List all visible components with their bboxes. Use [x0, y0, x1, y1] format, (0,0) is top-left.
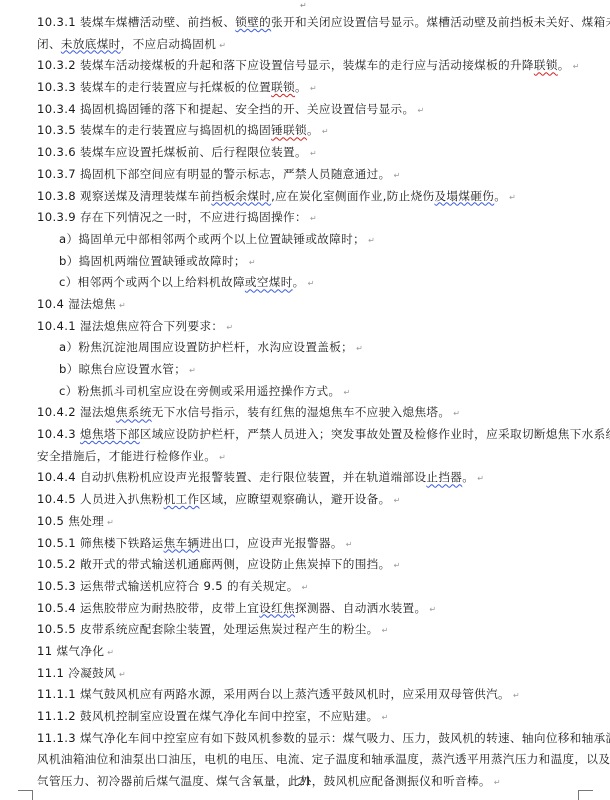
text-line: 10.5 焦处理↵ [37, 511, 582, 533]
text-segment: 10.4.4 自动扒焦粉机应设声光报警装置、走行限位装置，并在轨道端部设 [37, 470, 426, 484]
text-line: 11 煤气净化↵ [37, 641, 582, 663]
paragraph-mark: ↵ [453, 409, 460, 418]
text-segment: ,应在炭化室侧面作业,防止烧伤 [271, 189, 434, 203]
text-line: 11.1.2 鼓风机控制室应设置在煤气净化车间中控室，不应贴建。↵ [37, 706, 582, 728]
paragraph-mark: ↵ [119, 670, 126, 679]
text-line: 10.3.3 装煤车的走行装置应与托煤板的位置联锁。↵ [37, 77, 582, 99]
text-segment: 。 [558, 58, 570, 72]
text-segment: 进出口，应设声光报警器。 [199, 536, 342, 550]
paragraph-mark: ↵ [382, 626, 389, 635]
text-segment: 10.3.5 装煤车的走行装置应与捣固机的捣固 [37, 123, 271, 137]
text-segment: 。 [307, 123, 319, 137]
paragraph-mark: ↵ [382, 713, 389, 722]
text-segment: 10.4 湿法熄焦 [37, 297, 116, 311]
paragraph-mark: ↵ [308, 279, 315, 288]
paragraph-mark: ↵ [226, 323, 233, 332]
text-segment: 10.3.9 存在下列情况之一时，不应进行捣固操作： [37, 210, 307, 224]
paragraph-mark: ↵ [513, 691, 520, 700]
text-segment: 10.5.2 敞开式的带式输送机通廊两侧，应设防止焦炭掉下的围挡。 [37, 557, 391, 571]
paragraph-mark: ↵ [477, 474, 484, 483]
text-segment: 10.3.6 装煤车应设置托煤板前、后行程限位装置。 [37, 145, 307, 159]
text-segment: 11.1 冷凝鼓风 [37, 666, 116, 680]
paragraph-mark: ↵ [219, 41, 226, 50]
paragraph-mark: ↵ [189, 366, 196, 375]
text-line: c）粉焦抓斗司机室应设在旁侧或采用遥控操作方式。↵ [37, 381, 582, 403]
page-corner-mark-left [18, 790, 33, 800]
text-segment: c）粉焦抓斗司机室应设在旁侧或采用遥控操作方式。 [59, 384, 340, 398]
text-line: 闭、未放底煤时，不应启动捣固机↵ [37, 34, 582, 56]
text-line: 10.3.2 装煤车活动接煤板的升起和落下应设置信号显示，装煤车的走行应与活动接… [37, 55, 582, 77]
text-line: 风机油箱油位和油泵出口油压，电机的电压、电流、定子温度和轴承温度，蒸汽透平用蒸汽… [37, 749, 582, 771]
text-segment: 。 [462, 470, 474, 484]
text-segment: c）相邻两个或两个以上给料机故障 [59, 275, 245, 289]
text-line: 10.5.1 筛焦楼下铁路运焦车辆进出口，应设声光报警器。↵ [37, 533, 582, 555]
text-segment: 10.5.1 筛焦楼下铁路运 [37, 536, 164, 550]
text-segment: 安全措施后，才能进行检修作业。 [37, 449, 216, 463]
grammar-flagged-text: 止挡器 [426, 470, 462, 484]
text-segment: 10.4.3 [37, 427, 80, 441]
text-line: 10.3.7 捣固机下部空间应有明显的警示标志，严禁人员随意通过。↵ [37, 164, 582, 186]
paragraph-mark: ↵ [509, 193, 516, 202]
paragraph-mark: ↵ [356, 344, 363, 353]
grammar-flagged-text: 焦系统 [116, 405, 152, 419]
grammar-flagged-text: 及塌煤砸伤 [434, 189, 494, 203]
text-segment: 10.5 焦处理 [37, 514, 104, 528]
document-body: 10.3.1 装煤车煤槽活动壁、前挡板、锁壁的张开和关闭应设置信号显示。煤槽活动… [37, 12, 582, 793]
text-line: 10.4.1 湿法熄焦应符合下列要求：↵ [37, 316, 582, 338]
text-segment: 11.1.1 煤气鼓风机应有两路水源，采用两台以上蒸汽透平鼓风机时，应采用双母管… [37, 687, 510, 701]
paragraph-mark: ↵ [417, 106, 424, 115]
paragraph-mark: ↵ [322, 127, 329, 136]
document-page: ↵ 10.3.1 装煤车煤槽活动壁、前挡板、锁壁的张开和关闭应设置信号显示。煤槽… [0, 0, 610, 800]
text-segment: 闭、 [37, 37, 61, 51]
text-line: 11.1.1 煤气鼓风机应有两路水源，采用两台以上蒸汽透平鼓风机时，应采用双母管… [37, 684, 582, 706]
paragraph-mark: ↵ [119, 301, 126, 310]
text-line: 10.5.4 运焦胶带应为耐热胶带，皮带上宜设红焦探测器、自动洒水装置。↵ [37, 598, 582, 620]
text-segment: 10.5.5 皮带系统应配套除尘装置，处理运焦炭过程产生的粉尘。 [37, 622, 379, 636]
text-line: 10.3.6 装煤车应设置托煤板前、后行程限位装置。↵ [37, 142, 582, 164]
text-segment: 11.1.3 煤气净化车间中控室应有如下鼓风机参数的显示：煤气吸力、压力，鼓风机… [37, 731, 610, 745]
paragraph-mark: ↵ [368, 236, 375, 245]
text-segment: 11 煤气净化 [37, 644, 104, 658]
text-line: a）粉焦沉淀池周围应设置防护栏杆，水沟应设置盖板；↵ [37, 337, 582, 359]
paragraph-mark: ↵ [219, 453, 226, 462]
grammar-flagged-text: 机工作 [164, 492, 200, 506]
paragraph-mark: ↵ [107, 518, 114, 527]
text-segment: 10.3.7 捣固机下部空间应有明显的警示标志，严禁人员随意通过。 [37, 167, 391, 181]
text-segment: b）捣固机两端位置缺锤或故障时； [59, 254, 246, 268]
page-number: 21 [0, 775, 610, 788]
spelling-flagged-text: 联锁 [534, 58, 558, 72]
text-segment: 10.3.4 捣固机捣固锤的落下和提起、安全挡的开、关应设置信号显示。 [37, 102, 414, 116]
text-line: 10.3.5 装煤车的走行装置应与捣固机的捣固锤联锁。↵ [37, 120, 582, 142]
text-segment: 10.3.2 装煤车活动接煤板的升起和落下应设置信号显示，装煤车的走行应与活动接… [37, 58, 534, 72]
text-line: 10.4.4 自动扒焦粉机应设声光报警装置、走行限位装置，并在轨道端部设止挡器。… [37, 467, 582, 489]
text-line: 11.1.3 煤气净化车间中控室应有如下鼓风机参数的显示：煤气吸力、压力，鼓风机… [37, 728, 582, 750]
text-segment: 探测器、自动洒水装置。 [295, 601, 426, 615]
grammar-flagged-text: 锁壁的 [235, 15, 271, 29]
text-segment: 10.3.1 装煤车煤槽活动壁、前挡板、 [37, 15, 235, 29]
text-segment: 10.3.8 观察送煤及清理装煤车前 [37, 189, 211, 203]
paragraph-mark: ↵ [343, 388, 350, 397]
paragraph-mark: ↵ [107, 648, 114, 657]
paragraph-mark: ↵ [249, 258, 256, 267]
text-line: 10.3.8 观察送煤及清理装煤车前挡板余煤时,应在炭化室侧面作业,防止烧伤及塌… [37, 186, 582, 208]
paragraph-mark: ↵ [302, 583, 309, 592]
text-line: 10.3.9 存在下列情况之一时，不应进行捣固操作：↵ [37, 207, 582, 229]
text-line: 10.4.2 湿法熄焦系统无下水信号指示，装有红焦的湿熄焦车不应驶入熄焦塔。↵ [37, 402, 582, 424]
grammar-flagged-text: 或空煤时 [245, 275, 293, 289]
text-line: b）捣固机两端位置缺锤或故障时；↵ [37, 251, 582, 273]
text-line: b）晾焦台应设置水管；↵ [37, 359, 582, 381]
text-line: 安全措施后，才能进行检修作业。↵ [37, 446, 582, 468]
text-segment: 区域应设防护栏杆，严禁人员进入；突发事故处置及检修作业时，应采取切断熄焦下水系统… [140, 427, 610, 441]
grammar-flagged-text: 设红焦 [259, 601, 295, 615]
text-segment: 10.4.2 湿法熄 [37, 405, 116, 419]
paragraph-mark: ↵ [346, 540, 353, 549]
grammar-flagged-text: 焦车辆 [164, 536, 200, 550]
text-segment: 无下水信号指示，装有红焦的湿熄焦车不应驶入熄焦塔。 [152, 405, 451, 419]
spelling-flagged-text: 联锁 [271, 80, 295, 94]
text-segment: 。 [494, 189, 506, 203]
spelling-flagged-text: 锤联锁 [271, 123, 307, 137]
text-segment: 区域，应瞭望观察确认，避开设备。 [199, 492, 390, 506]
paragraph-mark: ↵ [394, 561, 401, 570]
text-segment: 10.4.5 人员进入扒焦粉 [37, 492, 164, 506]
paragraph-mark: ↵ [310, 149, 317, 158]
text-segment: b）晾焦台应设置水管； [59, 362, 186, 376]
grammar-flagged-text: 熄焦塔下部 [80, 427, 140, 441]
text-line: 10.4.3 熄焦塔下部区域应设防护栏杆，严禁人员进入；突发事故处置及检修作业时… [37, 424, 582, 446]
paragraph-mark: ↵ [310, 84, 317, 93]
header-paragraph-mark: ↵ [300, 1, 307, 10]
text-segment: a）粉焦沉淀池周围应设置防护栏杆，水沟应设置盖板； [59, 340, 353, 354]
paragraph-mark: ↵ [573, 62, 580, 71]
text-segment: ，不应启动捣固机 [121, 37, 217, 51]
text-segment: 10.4.1 湿法熄焦应符合下列要求： [37, 319, 223, 333]
text-line: 10.3.1 装煤车煤槽活动壁、前挡板、锁壁的张开和关闭应设置信号显示。煤槽活动… [37, 12, 582, 34]
paragraph-mark: ↵ [310, 214, 317, 223]
text-segment: 。 [295, 80, 307, 94]
text-line: c）相邻两个或两个以上给料机故障或空煤时。↵ [37, 272, 582, 294]
text-segment: 10.3.3 装煤车的走行装置应与托煤板的位置 [37, 80, 271, 94]
text-line: 10.5.3 运焦带式输送机应符合 9.5 的有关规定。↵ [37, 576, 582, 598]
text-segment: 11.1.2 鼓风机控制室应设置在煤气净化车间中控室，不应贴建。 [37, 709, 379, 723]
text-line: 10.5.5 皮带系统应配套除尘装置，处理运焦炭过程产生的粉尘。↵ [37, 619, 582, 641]
paragraph-mark: ↵ [429, 605, 436, 614]
text-line: 10.4.5 人员进入扒焦粉机工作区域，应瞭望观察确认，避开设备。↵ [37, 489, 582, 511]
text-segment: 风机油箱油位和油泵出口油压，电机的电压、电流、定子温度和轴承温度，蒸汽透平用蒸汽… [37, 752, 610, 766]
text-line: a）捣固单元中部相邻两个或两个以上位置缺锤或故障时；↵ [37, 229, 582, 251]
paragraph-mark: ↵ [394, 496, 401, 505]
page-corner-mark-right [578, 790, 593, 800]
text-segment: 。 [293, 275, 305, 289]
text-line: 10.4 湿法熄焦↵ [37, 294, 582, 316]
text-segment: 10.5.4 运焦胶带应为耐热胶带，皮带上宜 [37, 601, 259, 615]
grammar-flagged-text: 挡板余煤时 [211, 189, 271, 203]
text-segment: 10.5.3 运焦带式输送机应符合 9.5 的有关规定。 [37, 579, 299, 593]
text-line: 10.5.2 敞开式的带式输送机通廊两侧，应设防止焦炭掉下的围挡。↵ [37, 554, 582, 576]
text-segment: a）捣固单元中部相邻两个或两个以上位置缺锤或故障时； [59, 232, 365, 246]
text-line: 10.3.4 捣固机捣固锤的落下和提起、安全挡的开、关应设置信号显示。↵ [37, 99, 582, 121]
paragraph-mark: ↵ [394, 171, 401, 180]
grammar-flagged-text: 未放底煤时 [61, 37, 121, 51]
text-line: 11.1 冷凝鼓风↵ [37, 663, 582, 685]
text-segment: 张开和关闭应设置信号显示。煤槽活动壁及前挡板未关好、煤箱未关 [271, 15, 610, 29]
